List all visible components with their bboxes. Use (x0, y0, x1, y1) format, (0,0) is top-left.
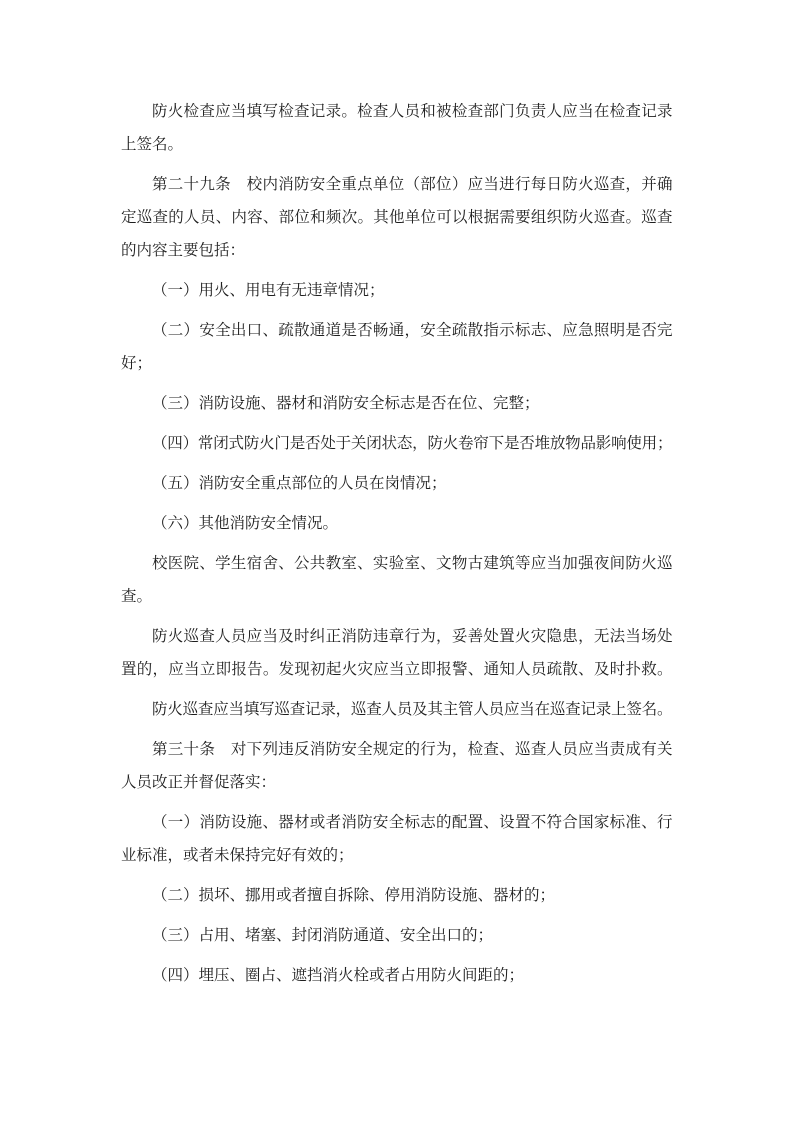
list-item-29-6: （六）其他消防安全情况。 (121, 507, 672, 540)
text-line: 防火巡查应当填写巡查记录，巡查人员及其主管人员应当在巡查记录上签名。 (121, 693, 672, 726)
text-line: 查。 (121, 580, 672, 613)
list-item-30-4: （四）埋压、圈占、遮挡消火栓或者占用防火间距的； (121, 959, 672, 992)
list-item-29-5: （五）消防安全重点部位的人员在岗情况； (121, 467, 672, 500)
text-line: 第三十条 对下列违反消防安全规定的行为，检查、巡查人员应当责成有关 (121, 733, 672, 766)
text-line: （三）占用、堵塞、封闭消防通道、安全出口的； (121, 919, 672, 952)
text-line: （四）埋压、圈占、遮挡消火栓或者占用防火间距的； (121, 959, 672, 992)
text-line: （四）常闭式防火门是否处于关闭状态，防火卷帘下是否堆放物品影响使用； (121, 427, 672, 460)
text-line: （六）其他消防安全情况。 (121, 507, 672, 540)
paragraph-article-29: 第二十九条 校内消防安全重点单位（部位）应当进行每日防火巡查，并确 定巡查的人员… (121, 168, 672, 267)
text-line: （三）消防设施、器材和消防安全标志是否在位、完整； (121, 387, 672, 420)
list-item-29-1: （一）用火、用电有无违章情况； (121, 274, 672, 307)
list-item-29-3: （三）消防设施、器材和消防安全标志是否在位、完整； (121, 387, 672, 420)
text-line: 人员改正并督促落实： (121, 766, 672, 799)
text-line: 校医院、学生宿舍、公共教室、实验室、文物古建筑等应当加强夜间防火巡 (121, 547, 672, 580)
list-item-29-4: （四）常闭式防火门是否处于关闭状态，防火卷帘下是否堆放物品影响使用； (121, 427, 672, 460)
paragraph-article-30: 第三十条 对下列违反消防安全规定的行为，检查、巡查人员应当责成有关 人员改正并督… (121, 733, 672, 799)
text-line: 置的，应当立即报告。发现初起火灾应当立即报警、通知人员疏散、及时扑救。 (121, 653, 672, 686)
paragraph-inspection-record: 防火检查应当填写检查记录。检查人员和被检查部门负责人应当在检查记录 上签名。 (121, 95, 672, 161)
list-item-30-2: （二）损坏、挪用或者擅自拆除、停用消防设施、器材的； (121, 879, 672, 912)
text-line: （一）用火、用电有无违章情况； (121, 274, 672, 307)
text-line: 定巡查的人员、内容、部位和频次。其他单位可以根据需要组织防火巡查。巡查 (121, 201, 672, 234)
list-item-29-2: （二）安全出口、疏散通道是否畅通，安全疏散指示标志、应急照明是否完 好； (121, 314, 672, 380)
list-item-30-1: （一）消防设施、器材或者消防安全标志的配置、设置不符合国家标准、行 业标准，或者… (121, 806, 672, 872)
text-line: 上签名。 (121, 128, 672, 161)
text-line: 的内容主要包括： (121, 234, 672, 267)
text-line: 防火巡查人员应当及时纠正消防违章行为，妥善处置火灾隐患，无法当场处 (121, 620, 672, 653)
text-line: 第二十九条 校内消防安全重点单位（部位）应当进行每日防火巡查，并确 (121, 168, 672, 201)
paragraph-night-patrol: 校医院、学生宿舍、公共教室、实验室、文物古建筑等应当加强夜间防火巡 查。 (121, 547, 672, 613)
text-line: （五）消防安全重点部位的人员在岗情况； (121, 467, 672, 500)
text-line: 防火检查应当填写检查记录。检查人员和被检查部门负责人应当在检查记录 (121, 95, 672, 128)
text-line: （二）损坏、挪用或者擅自拆除、停用消防设施、器材的； (121, 879, 672, 912)
text-line: （一）消防设施、器材或者消防安全标志的配置、设置不符合国家标准、行 (121, 806, 672, 839)
document-page: 防火检查应当填写检查记录。检查人员和被检查部门负责人应当在检查记录 上签名。 第… (121, 95, 672, 999)
text-line: 好； (121, 347, 672, 380)
text-line: 业标准，或者未保持完好有效的； (121, 839, 672, 872)
paragraph-patrol-record: 防火巡查应当填写巡查记录，巡查人员及其主管人员应当在巡查记录上签名。 (121, 693, 672, 726)
paragraph-patrol-duties: 防火巡查人员应当及时纠正消防违章行为，妥善处置火灾隐患，无法当场处 置的，应当立… (121, 620, 672, 686)
text-line: （二）安全出口、疏散通道是否畅通，安全疏散指示标志、应急照明是否完 (121, 314, 672, 347)
list-item-30-3: （三）占用、堵塞、封闭消防通道、安全出口的； (121, 919, 672, 952)
